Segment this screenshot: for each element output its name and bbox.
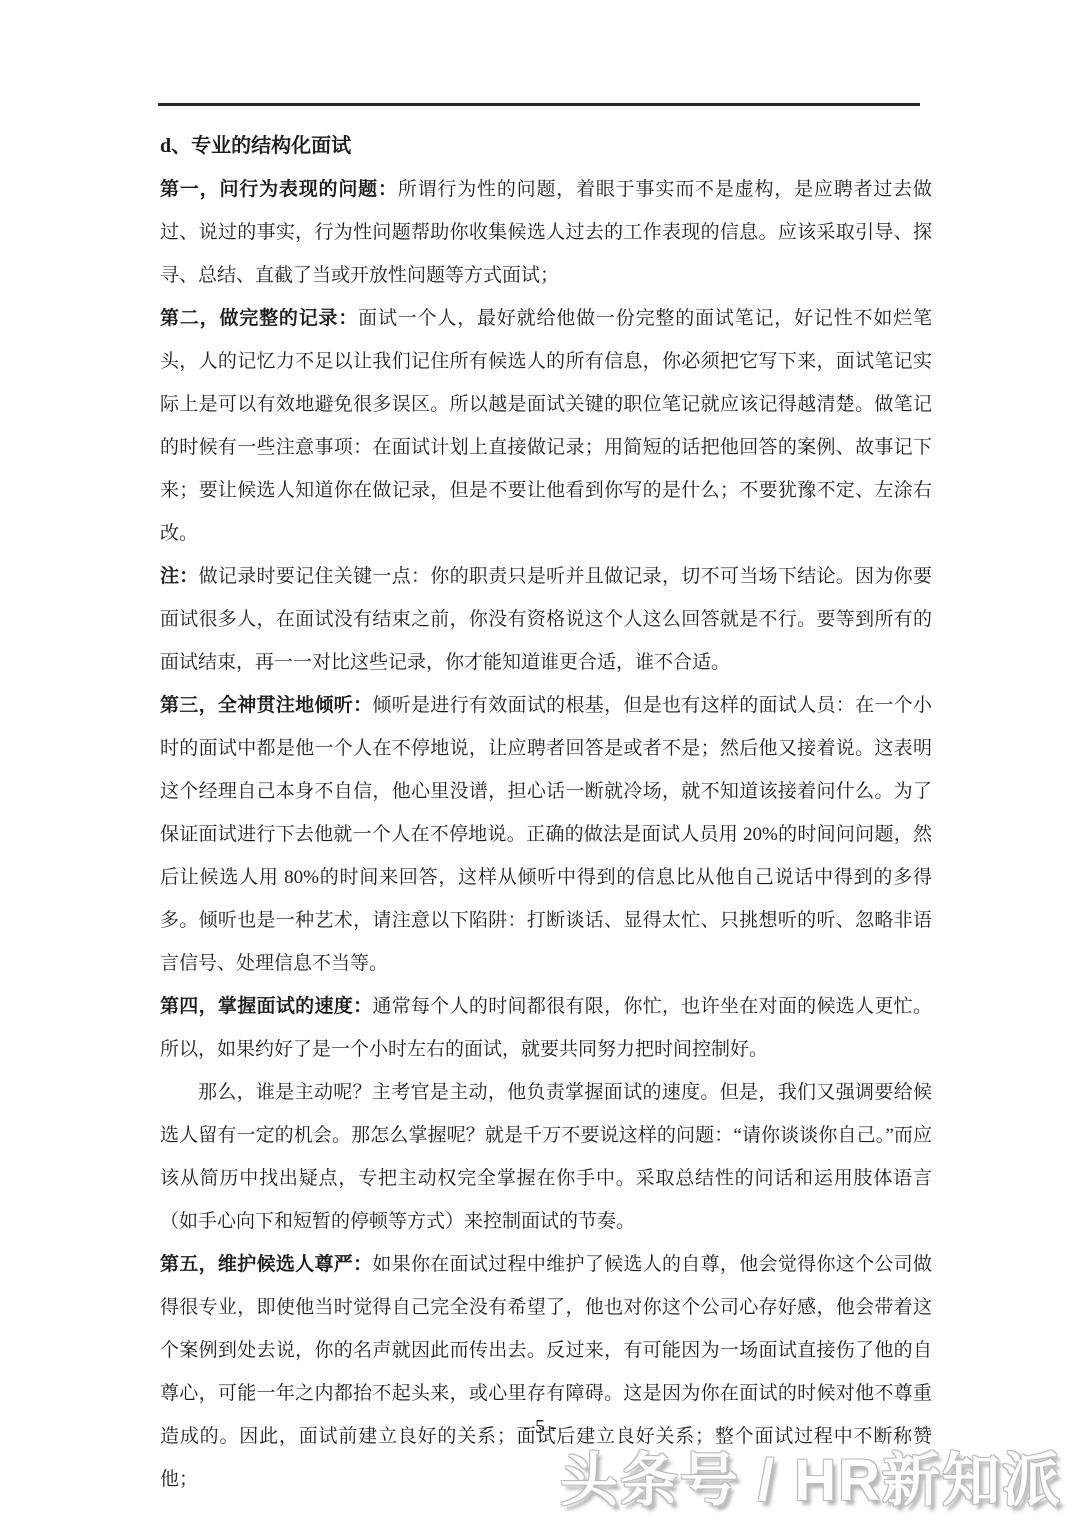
paragraph-lead: 第三，全神贯注地倾听： [160,695,372,716]
paragraph: 第一，问行为表现的问题：所谓行为性的问题，着眼于事实而不是虚构，是应聘者过去做过… [160,168,932,297]
document-content: d、专业的结构化面试 第一，问行为表现的问题：所谓行为性的问题，着眼于事实而不是… [160,125,932,1501]
paragraph-lead: 注： [160,566,199,587]
section-heading: d、专业的结构化面试 [160,125,932,168]
paragraph: 注：做记录时要记住关键一点：你的职责只是听并且做记录，切不可当场下结论。因为你要… [160,555,932,684]
paragraph-body: 倾听是进行有效面试的根基，但是也有这样的面试人员：在一个小时的面试中都是他一个人… [160,695,932,974]
paragraph: 那么，谁是主动呢？主考官是主动，他负责掌握面试的速度。但是，我们又强调要给候选人… [160,1071,932,1243]
paragraph-lead: 第五，维护候选人尊严： [160,1254,372,1275]
paragraph: 第四，掌握面试的速度：通常每个人的时间都很有限，你忙，也许坐在对面的候选人更忙。… [160,985,932,1071]
paragraph: 第三，全神贯注地倾听：倾听是进行有效面试的根基，但是也有这样的面试人员：在一个小… [160,684,932,985]
watermark: 头条号 / HR新知派 [560,1433,1062,1517]
paragraph-body: 做记录时要记住关键一点：你的职责只是听并且做记录，切不可当场下结论。因为你要面试… [160,566,932,673]
paragraph-lead: 第一，问行为表现的问题： [160,179,398,200]
paragraph-body: 那么，谁是主动呢？主考官是主动，他负责掌握面试的速度。但是，我们又强调要给候选人… [160,1082,932,1232]
paragraph-body: 面试一个人，最好就给他做一份完整的面试笔记，好记性不如烂笔头，人的记忆力不足以让… [160,308,932,544]
paragraph-lead: 第四，掌握面试的速度： [160,996,372,1017]
document-page: d、专业的结构化面试 第一，问行为表现的问题：所谓行为性的问题，着眼于事实而不是… [0,0,1080,1527]
paragraph: 第二，做完整的记录：面试一个人，最好就给他做一份完整的面试笔记，好记性不如烂笔头… [160,297,932,555]
header-rule [158,103,920,106]
paragraph-lead: 第二，做完整的记录： [160,308,358,329]
